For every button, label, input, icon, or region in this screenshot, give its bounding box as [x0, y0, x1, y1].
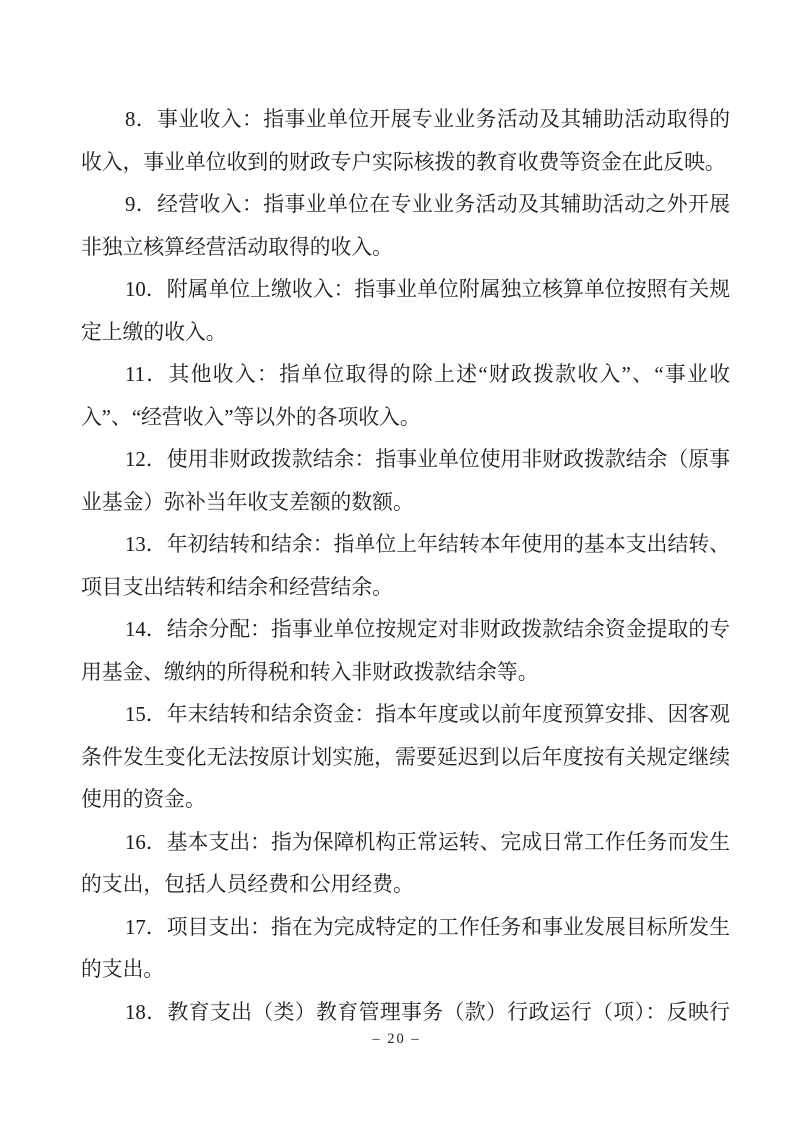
text-line: 12．使用非财政拨款结余：指事业单位使用非财政拨款结余（原事: [81, 439, 730, 482]
text-line: 定上缴的收入。: [81, 312, 730, 355]
text-line: 18．教育支出（类）教育管理事务（款）行政运行（项）：反映行: [81, 992, 730, 1035]
text-line: 使用的资金。: [81, 779, 730, 822]
text-line: 9．经营收入：指事业单位在专业业务活动及其辅助活动之外开展: [81, 184, 730, 227]
text-line: 15．年末结转和结余资金：指本年度或以前年度预算安排、因客观: [81, 694, 730, 737]
text-line: 条件发生变化无法按原计划实施，需要延迟到以后年度按有关规定继续: [81, 737, 730, 780]
text-line: 11．其他收入：指单位取得的除上述“财政拨款收入”、“事业收: [81, 354, 730, 397]
text-line: 的支出。: [81, 949, 730, 992]
page-number: – 20 –: [0, 1031, 793, 1048]
text-line: 的支出，包括人员经费和公用经费。: [81, 864, 730, 907]
text-line: 用基金、缴纳的所得税和转入非财政拨款结余等。: [81, 652, 730, 695]
document-page: 8．事业收入：指事业单位开展专业业务活动及其辅助活动取得的收入，事业单位收到的财…: [0, 0, 793, 1122]
text-line: 入”、“经营收入”等以外的各项收入。: [81, 397, 730, 440]
text-line: 10．附属单位上缴收入：指事业单位附属独立核算单位按照有关规: [81, 269, 730, 312]
text-line: 13．年初结转和结余：指单位上年结转本年使用的基本支出结转、: [81, 524, 730, 567]
text-line: 非独立核算经营活动取得的收入。: [81, 227, 730, 270]
text-line: 业基金）弥补当年收支差额的数额。: [81, 482, 730, 525]
document-body: 8．事业收入：指事业单位开展专业业务活动及其辅助活动取得的收入，事业单位收到的财…: [81, 99, 730, 1034]
text-line: 14．结余分配：指事业单位按规定对非财政拨款结余资金提取的专: [81, 609, 730, 652]
text-line: 17．项目支出：指在为完成特定的工作任务和事业发展目标所发生: [81, 907, 730, 950]
text-line: 8．事业收入：指事业单位开展专业业务活动及其辅助活动取得的: [81, 99, 730, 142]
text-line: 项目支出结转和结余和经营结余。: [81, 567, 730, 610]
text-line: 16．基本支出：指为保障机构正常运转、完成日常工作任务而发生: [81, 822, 730, 865]
text-line: 收入，事业单位收到的财政专户实际核拨的教育收费等资金在此反映。: [81, 142, 730, 185]
